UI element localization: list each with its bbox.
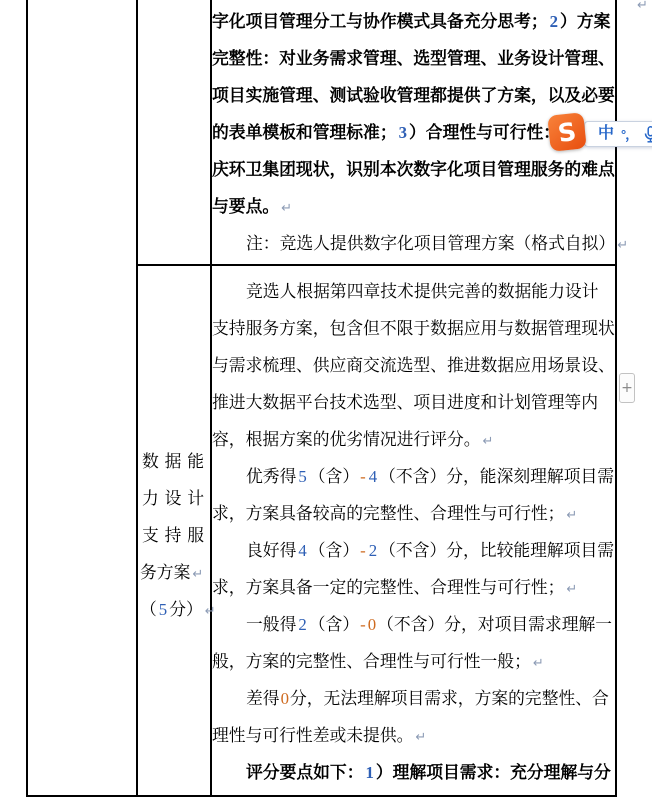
text-segment: 与要点。 — [212, 197, 279, 216]
text-segment: 容，根据方案的优劣情况进行评分。 — [212, 430, 481, 449]
text-segment: （含） — [309, 615, 359, 634]
table-bottom-border — [26, 795, 616, 797]
text-segment: 2 — [369, 541, 377, 560]
text-segment: 项目实施管理、测试验收管理都提供了方案，以及必要 — [212, 86, 615, 105]
text-line: 一般得2（含）-0（不含）分，对项目需求理解一 — [212, 606, 616, 643]
paragraph-mark: ↵ — [637, 0, 648, 13]
text-segment: 支持服务方案，包含但不限于数据应用与数据管理现状 — [212, 319, 615, 338]
text-segment: 理性与可行性差或未提供。 — [212, 726, 413, 745]
text-segment: 分） — [169, 600, 203, 619]
paragraph-mark: ↵ — [566, 508, 577, 523]
paragraph-mark: ↵ — [281, 201, 292, 216]
label-char: 服 — [187, 517, 204, 554]
text-segment: 一般得 — [246, 615, 296, 634]
text-segment: （含） — [309, 541, 359, 560]
text-segment: 求，方案具备较高的完整性、合理性与可行性； — [212, 504, 564, 523]
insert-button[interactable]: + — [619, 373, 635, 403]
text-segment: 与需求梳理、供应商交流选型、推进数据应用场景设、 — [212, 356, 615, 375]
text-segment: 的表单模板和管理标准； — [212, 123, 397, 142]
label-char: 能 — [187, 443, 204, 480]
paragraph-mark: ↵ — [617, 238, 628, 253]
text-segment: 优秀得 — [246, 467, 296, 486]
text-segment: 差得 — [246, 689, 280, 708]
text-segment: 2 — [298, 615, 306, 634]
row2-cell-text: 竞选人根据第四章技术提供完善的数据能力设计支持服务方案，包含但不限于数据应用与数… — [212, 273, 616, 791]
label-line: 支持服 — [142, 517, 204, 554]
text-line: 良好得4（含）-2（不含）分，比较能理解项目需 — [212, 532, 616, 569]
paragraph-mark: ↵ — [533, 656, 544, 671]
paragraph-mark: ↵ — [483, 434, 494, 449]
text-segment: 0 — [281, 689, 289, 708]
text-segment: 2 — [550, 12, 558, 31]
paragraph-mark: ↵ — [415, 730, 426, 745]
table-row-separator — [136, 264, 616, 266]
text-segment: 般，方案的完整性、合理性与可行性一般； — [212, 652, 531, 671]
text-line: 理性与可行性差或未提供。↵ — [212, 717, 616, 754]
text-line: 般，方案的完整性、合理性与可行性一般；↵ — [212, 643, 616, 680]
text-segment: 字化项目管理分工与协作模式具备充分思考； — [212, 12, 548, 31]
text-segment: （不含）分，比较能理解项目需 — [379, 541, 614, 560]
text-line: 支持服务方案，包含但不限于数据应用与数据管理现状 — [212, 310, 616, 347]
text-segment: ）方案 — [560, 12, 610, 31]
ime-toolbar[interactable]: 中 °， — [584, 121, 652, 147]
label-char: 设 — [165, 480, 182, 517]
text-segment: 4 — [369, 467, 377, 486]
text-segment: 3 — [399, 123, 407, 142]
table-border-col1-col2 — [136, 0, 138, 797]
paragraph-mark: ↵ — [192, 567, 203, 582]
text-line: 求，方案具备较高的完整性、合理性与可行性；↵ — [212, 495, 616, 532]
text-segment: ）理解项目需求：充分理解与分 — [376, 763, 611, 782]
text-segment: （ — [140, 600, 157, 619]
text-line: 项目实施管理、测试验收管理都提供了方案，以及必要 — [212, 77, 616, 114]
text-line: 竞选人根据第四章技术提供完善的数据能力设计 — [212, 273, 616, 310]
text-segment: 竞选人根据第四章技术提供完善的数据能力设计 — [246, 282, 598, 301]
label-char: 计 — [187, 480, 204, 517]
label-line: 数据能 — [142, 443, 204, 480]
label-line: （5分）↵ — [140, 591, 206, 628]
text-segment: （不含）分，能深刻理解项目需 — [379, 467, 614, 486]
text-line: 推进大数据平台技术选型、项目进度和计划管理等内 — [212, 384, 616, 421]
text-segment: - — [360, 615, 366, 634]
paragraph-mark: ↵ — [566, 582, 577, 597]
text-line: 优秀得5（含）-4（不含）分，能深刻理解项目需 — [212, 458, 616, 495]
text-line: 字化项目管理分工与协作模式具备充分思考；2）方案 — [212, 3, 616, 40]
text-line: 与需求梳理、供应商交流选型、推进数据应用场景设、 — [212, 347, 616, 384]
text-segment: - — [360, 467, 366, 486]
ime-language-mode-indicator[interactable]: 中 — [598, 126, 614, 142]
text-segment: 注：竞选人提供数字化项目管理方案（格式自拟） — [246, 234, 615, 253]
text-segment: 评分要点如下： — [246, 763, 363, 782]
label-char: 数 — [142, 443, 159, 480]
criteria-label-cell: 数据能力设计支持服务方案↵（5分）↵ — [140, 443, 206, 628]
label-char: 据 — [165, 443, 182, 480]
text-segment: 推进大数据平台技术选型、项目进度和计划管理等内 — [212, 393, 598, 412]
text-line: 完整性：对业务需求管理、选型管理、业务设计管理、 — [212, 40, 616, 77]
text-line: 求，方案具备一定的完整性、合理性与可行性；↵ — [212, 569, 616, 606]
text-segment: 1 — [365, 763, 373, 782]
text-segment: （不含）分，对项目需求理解一 — [377, 615, 612, 634]
text-segment: 庆环卫集团现状，识别本次数字化项目管理服务的难点 — [212, 160, 615, 179]
text-segment: 务方案 — [140, 563, 190, 582]
text-line: 容，根据方案的优劣情况进行评分。↵ — [212, 421, 616, 458]
text-segment: ）合理性与可行性： — [409, 123, 560, 142]
text-line: 与要点。↵ — [212, 188, 616, 225]
text-line: 差得0分，无法理解项目需求，方案的完整性、合 — [212, 680, 616, 717]
text-segment: 4 — [298, 541, 306, 560]
text-segment: 5 — [159, 600, 167, 619]
label-char: 支 — [142, 517, 159, 554]
text-segment: （含） — [309, 467, 359, 486]
label-char: 力 — [142, 480, 159, 517]
text-segment: 完整性：对业务需求管理、选型管理、业务设计管理、 — [212, 49, 615, 68]
table-border-left — [26, 0, 28, 797]
text-segment: - — [360, 541, 366, 560]
text-segment: 0 — [368, 615, 376, 634]
text-segment: 良好得 — [246, 541, 296, 560]
text-line: 注：竞选人提供数字化项目管理方案（格式自拟）↵ — [212, 225, 616, 262]
label-line: 力设计 — [142, 480, 204, 517]
label-char: 持 — [165, 517, 182, 554]
text-segment: 分，无法理解项目需求，方案的完整性、合 — [290, 689, 609, 708]
microphone-icon[interactable] — [644, 126, 652, 143]
text-segment: 求，方案具备一定的完整性、合理性与可行性； — [212, 578, 564, 597]
ime-punctuation-indicator[interactable]: °， — [621, 128, 637, 141]
text-segment: 5 — [298, 467, 306, 486]
sogou-logo-letter: S — [556, 118, 578, 146]
document-page: ↵ 字化项目管理分工与协作模式具备充分思考；2）方案完整性：对业务需求管理、选型… — [0, 0, 652, 801]
text-line: 庆环卫集团现状，识别本次数字化项目管理服务的难点 — [212, 151, 616, 188]
label-line: 务方案↵ — [140, 554, 206, 591]
sogou-logo[interactable]: S — [547, 112, 587, 152]
text-line: 评分要点如下：1）理解项目需求：充分理解与分 — [212, 754, 616, 791]
